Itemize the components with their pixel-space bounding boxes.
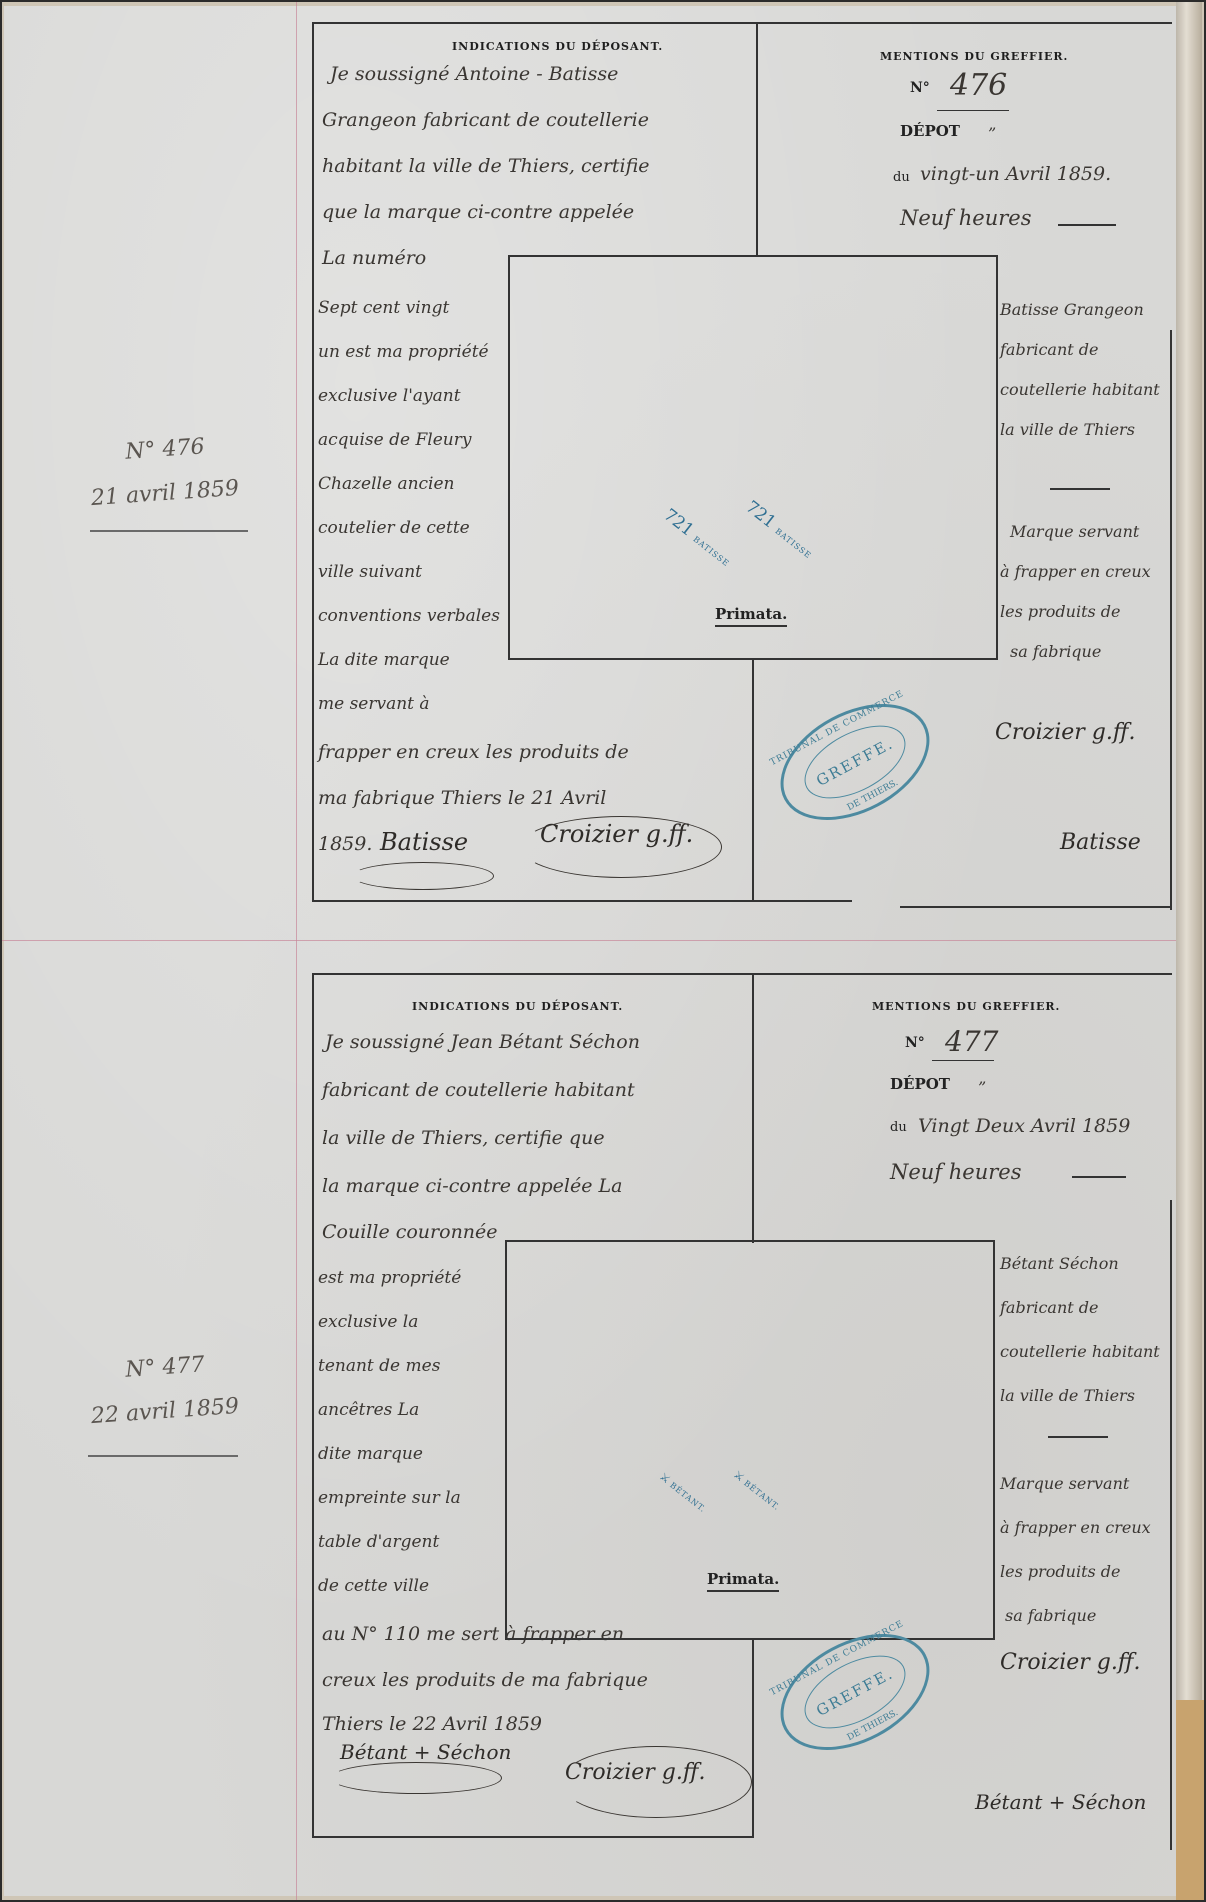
du-label: du <box>890 1120 907 1135</box>
right-column-border <box>1170 330 1172 910</box>
text-line: à frapper en creux <box>1000 1508 1151 1548</box>
number-label: N° <box>910 80 930 96</box>
record-number: 477 <box>945 1020 998 1064</box>
mark-impression-box: ⚔ BÉTANT. ⚔ BÉTANT. Primata. <box>505 1240 995 1640</box>
box-caption: Primata. <box>707 1570 779 1592</box>
left-border <box>312 973 314 1838</box>
text-line: La numéro <box>322 236 426 280</box>
right-column-border <box>1170 1200 1172 1850</box>
record-bottom-rule-right <box>900 906 1172 908</box>
text-line: ancêtres La <box>318 1388 419 1432</box>
depot-label: DÉPOT <box>890 1075 950 1093</box>
text-line: est ma propriété <box>318 1256 461 1300</box>
margin-rule <box>88 1455 238 1457</box>
header-indications-deposant: INDICATIONS DU DÉPOSANT. <box>412 1000 623 1013</box>
depot-date: vingt-un Avril 1859. <box>920 152 1111 196</box>
mark-name: BATISSE <box>773 527 813 561</box>
text-line: coutellerie habitant <box>1000 370 1160 410</box>
number-label: N° <box>905 1035 925 1051</box>
number-underline <box>932 1060 994 1061</box>
signature-flourish <box>352 862 494 890</box>
text-line: creux les produits de ma fabrique <box>322 1658 648 1702</box>
greffier-col-signature: Croizier g.ff. <box>1000 1650 1140 1675</box>
number-underline <box>937 110 1009 111</box>
text-line: table d'argent <box>318 1520 439 1564</box>
greffier-col-signature: Croizier g.ff. <box>995 720 1135 745</box>
du-label: du <box>893 170 910 185</box>
margin-rule <box>90 530 248 532</box>
header-mentions-greffier: MENTIONS DU GREFFIER. <box>872 1000 1060 1013</box>
text-line: empreinte sur la <box>318 1476 461 1520</box>
mark-impression: 721 BATISSE <box>742 497 818 563</box>
text-line: exclusive l'ayant <box>318 374 461 418</box>
text-line: coutellerie habitant <box>1000 1332 1160 1372</box>
section-rule <box>1050 488 1110 490</box>
signature-flourish <box>520 816 722 878</box>
text-line: la ville de Thiers, certifie que <box>322 1116 605 1160</box>
record-bottom-rule <box>312 900 852 902</box>
text-line: me servant à <box>318 682 430 726</box>
text-line: à frapper en creux <box>1000 552 1151 592</box>
text-line: conventions verbales <box>318 594 500 638</box>
depot-label: DÉPOT <box>900 122 960 140</box>
text-line: coutelier de cette <box>318 506 470 550</box>
column-divider <box>752 1638 754 1838</box>
text-line: exclusive la <box>318 1300 418 1344</box>
text-line: Marque servant <box>1010 512 1139 552</box>
mark-number: 721 <box>742 497 780 533</box>
mark-impression: ⚔ BÉTANT. <box>657 1470 710 1515</box>
depot-date: Vingt Deux Avril 1859 <box>918 1104 1130 1148</box>
text-line: la ville de Thiers <box>1000 1376 1135 1416</box>
text-line: fabricant de <box>1000 1288 1099 1328</box>
declarant-signature: Bétant + Séchon <box>340 1740 511 1764</box>
greffier-col-declarant-signature: Bétant + Séchon <box>975 1790 1146 1814</box>
text-line: la ville de Thiers <box>1000 410 1135 450</box>
text-line: acquise de Fleury <box>318 418 471 462</box>
record-number: 476 <box>950 64 1007 108</box>
text-line: de cette ville <box>318 1564 429 1608</box>
text-line: Bétant Séchon <box>1000 1244 1119 1284</box>
column-divider <box>752 973 754 1243</box>
text-line: sa fabrique <box>1010 632 1101 672</box>
text-line: Chazelle ancien <box>318 462 455 506</box>
time-rule <box>1072 1176 1126 1178</box>
text-line: Sept cent vingt <box>318 286 449 330</box>
text-line: Marque servant <box>1000 1464 1129 1504</box>
text-line: Batisse Grangeon <box>1000 290 1144 330</box>
text-line: un est ma propriété <box>318 330 489 374</box>
text-line: Je soussigné Jean Bétant Séchon <box>325 1020 640 1064</box>
text-line: fabricant de <box>1000 330 1099 370</box>
text-line: fabricant de coutellerie habitant <box>322 1068 635 1112</box>
text-line: la marque ci-contre appelée La <box>322 1164 622 1208</box>
text-line: ma fabrique Thiers le 21 Avril <box>318 776 606 820</box>
text-line: sa fabrique <box>1005 1596 1096 1636</box>
column-divider <box>752 660 754 902</box>
header-mentions-greffier: MENTIONS DU GREFFIER. <box>880 50 1068 63</box>
record-bottom-rule <box>312 1836 752 1838</box>
mark-number: 721 <box>660 505 698 541</box>
declarant-signature: Batisse <box>380 828 468 856</box>
mark-impression-box: 721 BATISSE 721 BATISSE Primata. <box>508 255 998 660</box>
time-rule <box>1058 224 1116 226</box>
text-line: frapper en creux les produits de <box>318 730 629 774</box>
text-line: 1859. <box>318 822 372 866</box>
record-top-rule <box>312 973 1172 975</box>
text-line: Grangeon fabricant de coutellerie <box>322 98 649 142</box>
text-line: que la marque ci-contre appelée <box>322 190 634 234</box>
signature-flourish <box>560 1746 752 1818</box>
mark-name: BÉTANT. <box>668 1481 708 1515</box>
text-line: Je soussigné Antoine - Batisse <box>330 52 618 96</box>
mark-impression: ⚔ BÉTANT. <box>731 1468 784 1513</box>
text-line: La dite marque <box>318 638 450 682</box>
text-line: les produits de <box>1000 1552 1121 1592</box>
depot-time: Neuf heures <box>900 196 1032 240</box>
depot-ditto: ” <box>988 112 996 156</box>
greffier-col-declarant-signature: Batisse <box>1060 830 1141 855</box>
text-line: les produits de <box>1000 592 1121 632</box>
text-line: habitant la ville de Thiers, certifie <box>322 144 650 188</box>
mark-name: BÉTANT. <box>742 1479 782 1513</box>
text-line: ville suivant <box>318 550 422 594</box>
box-caption: Primata. <box>715 605 787 627</box>
mark-impression: 721 BATISSE <box>660 505 736 571</box>
mark-name: BATISSE <box>691 535 731 569</box>
depot-time: Neuf heures <box>890 1150 1022 1194</box>
text-line: Couille couronnée <box>322 1210 498 1254</box>
record-top-rule <box>312 22 1172 24</box>
section-rule <box>1048 1436 1108 1438</box>
column-divider <box>756 22 758 256</box>
text-line: dite marque <box>318 1432 423 1476</box>
text-line: tenant de mes <box>318 1344 440 1388</box>
signature-flourish <box>330 1762 502 1794</box>
